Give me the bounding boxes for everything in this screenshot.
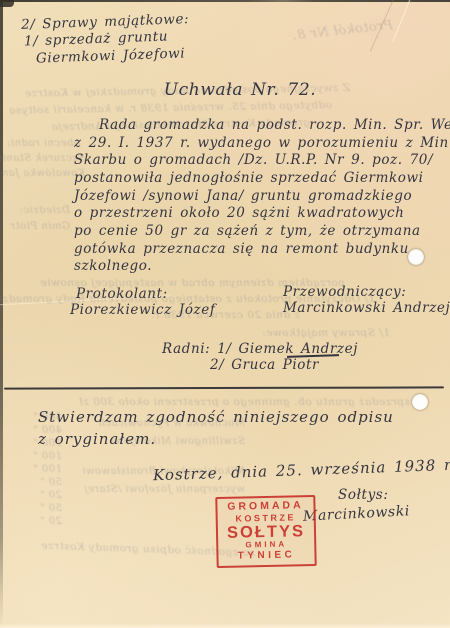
scan-edge-bottom: [0, 623, 450, 628]
scan-edge-top: [0, 0, 450, 2]
bleedthrough-line: 1/ sprzedaż gruntu ob. gminnego o przest…: [5, 396, 425, 408]
official-stamp: GROMADAKOSTRZESOŁTYSGMINATYNIEC: [215, 495, 316, 569]
annotation-line: Giermkowi Józefowi: [36, 45, 186, 66]
body-line: Józefowi /synowi Jana/ gruntu gromadzkie…: [74, 188, 412, 204]
body-line: gotówka przeznacza się na remont budynku: [74, 241, 409, 257]
certification-line-2: z oryginałem.: [38, 430, 156, 448]
bleedthrough-line: odbytego dnia 25. września 1938 r. w kan…: [2, 99, 332, 117]
hole-punch: [412, 394, 428, 410]
soltys-label: Sołtys:: [338, 487, 388, 503]
stamp-text-line: SOŁTYS: [227, 522, 305, 542]
body-line: Rada gromadzka na podst. rozp. Min. Spr.…: [99, 117, 450, 133]
resolution-heading: Uchwała Nr. 72.: [150, 80, 330, 100]
bleedthrough-line: 100 ": [12, 451, 62, 462]
body-line: postanowiła jednogłośnie sprzedać Giermk…: [74, 170, 424, 186]
bleedthrough-line: Kowalówka Jan: [0, 168, 85, 179]
bleedthrough-line: 50 ": [16, 503, 62, 514]
przewodniczacy-signature: Marcinkowski Andrzej.: [283, 300, 450, 316]
soltys-signature: Marcinkowski: [303, 503, 411, 525]
bleedthrough-line: Szczurek Stanisław: [0, 153, 85, 164]
bleedthrough-line: Protokół Nr 8.: [278, 18, 394, 45]
ruled-divider-line: [4, 386, 444, 389]
body-line: z 29. I. 1937 r. wydanego w porozumieniu…: [74, 135, 450, 151]
bleedthrough-line: obecni radni:: [0, 138, 80, 149]
protokolant-signature: Piorezkiewicz Józef: [70, 302, 215, 318]
bleedthrough-line: 1/ Sprawy majątkowe:: [240, 327, 390, 339]
body-line: Skarbu o gromadach /Dz. U.R.P. Nr 9. poz…: [74, 152, 433, 168]
hole-punch: [408, 249, 424, 265]
body-line: szkolnego.: [74, 258, 152, 274]
bleedthrough-line: wyczerpaniu Józefowi /Starej: [45, 484, 245, 495]
bleedthrough-line: Gmin Piotr: [0, 221, 70, 232]
paper-crease: [392, 0, 412, 42]
stamp-text-line: TYNIEC: [238, 550, 296, 562]
bleedthrough-line: Dziedzic:: [0, 205, 70, 216]
bleedthrough-line: 20 ": [16, 516, 62, 527]
radni-line: 2/ Gruca Piotr: [210, 357, 319, 373]
przewodniczacy-label: Przewodniczący:: [283, 284, 406, 300]
body-line: o przestrzeni około 20 sążni kwadratowyc…: [74, 205, 404, 221]
scanned-document-page: Protokół Nr 8.Z zwyczajnego posiedzenia …: [0, 0, 450, 628]
protokolant-label: Protokolant:: [76, 286, 168, 302]
body-line: po cenie 50 gr za sążeń z tym, że otrzym…: [74, 223, 421, 239]
place-date-line: Kostrze, dnia 25. września 1938 r.: [153, 456, 450, 485]
certification-line-1: Stwierdzam zgodność niniejszego odpisu: [38, 408, 394, 426]
